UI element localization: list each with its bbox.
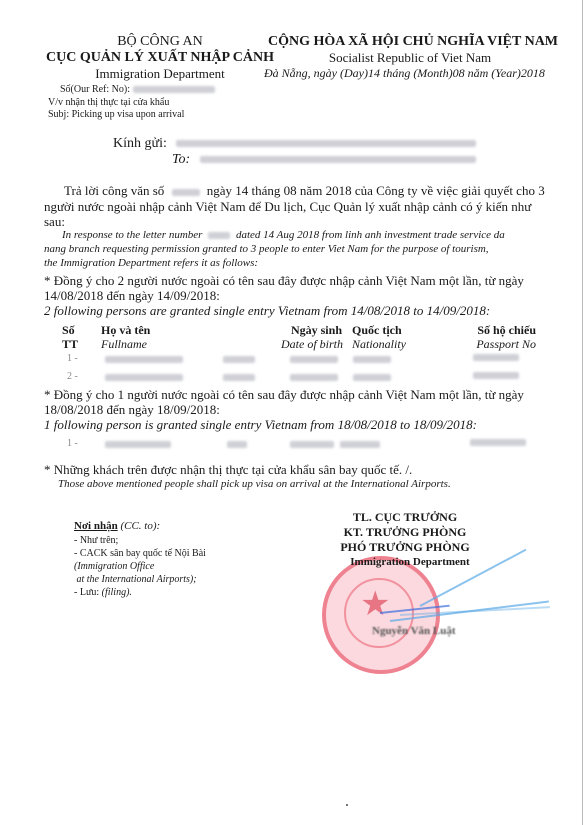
pickup-vi: * Những khách trên được nhận thị thực tạ…	[44, 462, 412, 478]
group2-vi-line-1: * Đồng ý cho 1 người nước ngoài có tên s…	[44, 387, 524, 403]
group1-en: 2 following persons are granted single e…	[44, 303, 490, 319]
row-number: 1 -	[67, 438, 78, 449]
group1-vi-line-1: * Đồng ý cho 2 người nước ngoài có tên s…	[44, 273, 524, 289]
redacted-recipient	[176, 140, 476, 147]
department-name: CỤC QUẢN LÝ XUẤT NHẬP CẢNH	[40, 50, 280, 66]
signature-department: Immigration Department	[330, 556, 490, 568]
redacted-gender	[223, 374, 255, 381]
scan-speck	[346, 804, 348, 806]
table-row: 2 -	[67, 371, 78, 382]
redacted-letter-number-en	[208, 232, 230, 239]
place-date: Đà Nẵng, ngày (Day)14 tháng (Month)08 nă…	[264, 66, 545, 81]
text: Số	[62, 323, 78, 337]
subject-vi: V/v nhận thị thực tại cửa khẩu	[48, 97, 169, 108]
text: ngày 14 tháng 08 năm 2018 của Công ty về…	[207, 183, 545, 198]
redacted-dob	[290, 374, 338, 381]
cc-line-5: - Lưu: (filing).	[74, 587, 132, 598]
signer-name: Nguyễn Văn Luật	[372, 625, 456, 637]
col-header-nationality: Quốc tịch Nationality	[352, 323, 406, 351]
group2-vi-line-2: 18/08/2018 đến ngày 18/09/2018:	[44, 402, 220, 418]
redacted-dob	[290, 441, 334, 448]
redacted-fullname	[105, 441, 171, 448]
recipient-label: Kính gửi:	[113, 136, 167, 151]
redacted-nationality	[353, 356, 391, 363]
pickup-en: Those above mentioned people shall pick …	[58, 478, 451, 490]
text: (filing).	[102, 587, 132, 598]
cc-line-3: (Immigration Office	[74, 561, 154, 572]
redacted-recipient-en	[200, 156, 476, 163]
intro-vi-line-2: người nước ngoài nhập cảnh Việt Nam để D…	[44, 199, 531, 215]
redacted-passport	[473, 372, 519, 379]
text: Fullname	[101, 337, 150, 351]
text: Passport No	[470, 337, 536, 351]
group1-vi-line-2: 14/08/2018 đến ngày 14/09/2018:	[44, 288, 220, 304]
reference-number: Số(Our Ref: No):	[60, 84, 215, 95]
cc-line-1: - Như trên;	[74, 535, 118, 546]
text: TT	[62, 337, 78, 351]
recipient-en-line: To:	[172, 152, 476, 168]
ministry-name: BỘ CÔNG AN	[60, 34, 260, 50]
cc-line-2: - CACK sân bay quốc tế Nội Bài	[74, 548, 206, 559]
text: (CC. to):	[120, 520, 160, 532]
department-name-en: Immigration Department	[60, 66, 260, 82]
group2-en: 1 following person is granted single ent…	[44, 417, 477, 433]
table-row: 1 -	[67, 438, 78, 449]
redacted-fullname	[105, 356, 183, 363]
redacted-gender	[223, 356, 255, 363]
intro-vi-line-1: Trả lời công văn số ngày 14 tháng 08 năm…	[64, 183, 545, 199]
intro-vi-line-3: sau:	[44, 214, 65, 230]
redacted-passport	[470, 439, 526, 446]
redacted-passport	[473, 354, 519, 361]
col-header-dob-en: Date of birth	[281, 337, 343, 351]
redacted-nationality	[340, 441, 380, 448]
visa-approval-letter: BỘ CÔNG AN CỤC QUẢN LÝ XUẤT NHẬP CẢNH Im…	[0, 0, 584, 825]
country-name-en: Socialist Republic of Viet Nam	[300, 50, 520, 66]
redacted-letter-number	[172, 189, 200, 196]
intro-en-line-2: nang branch requesting permission grante…	[44, 243, 489, 255]
page-edge	[582, 0, 583, 825]
text: Nationality	[352, 337, 406, 351]
table-row: 1 -	[67, 353, 78, 364]
col-header-fullname: Họ và tên Fullname	[101, 323, 150, 351]
redacted-dob	[290, 356, 338, 363]
cc-line-4: at the International Airports);	[74, 574, 197, 585]
row-number: 1 -	[67, 353, 78, 364]
redacted-fullname	[105, 374, 183, 381]
col-header-no: Số TT	[62, 323, 78, 351]
signature-title-2: KT. TRƯỞNG PHÒNG	[330, 525, 480, 540]
redacted-reference	[133, 86, 215, 93]
text: Số hộ chiếu	[470, 323, 536, 337]
cc-title: Nơi nhận (CC. to):	[74, 520, 160, 532]
reference-label: Số(Our Ref: No):	[60, 84, 130, 95]
signature-title-3: PHÓ TRƯỞNG PHÒNG	[330, 540, 480, 555]
country-name: CỘNG HÒA XÃ HỘI CHỦ NGHĨA VIỆT NAM	[268, 34, 558, 50]
text: In response to the letter number	[62, 229, 202, 241]
text: - Lưu:	[74, 587, 102, 598]
intro-en-line-3: the Immigration Department refers it as …	[44, 257, 258, 269]
text: Ngày sinh	[282, 323, 342, 337]
row-number: 2 -	[67, 371, 78, 382]
text: dated 14 Aug 2018 from linh anh investme…	[236, 229, 505, 241]
recipient-line: Kính gửi:	[113, 136, 476, 152]
col-header-passport: Số hộ chiếu Passport No	[470, 323, 536, 351]
redacted-nationality	[353, 374, 391, 381]
subject-en: Subj: Picking up visa upon arrival	[48, 109, 184, 120]
text: Trả lời công văn số	[64, 183, 164, 198]
text: Họ và tên	[101, 323, 150, 337]
signature-title-1: TL. CỤC TRƯỞNG	[330, 510, 480, 525]
recipient-label-en: To:	[172, 152, 190, 167]
seal-star-icon: ★	[360, 588, 390, 622]
redacted-gender	[227, 441, 247, 448]
col-header-dob: Ngày sinh	[282, 323, 342, 337]
text: Quốc tịch	[352, 323, 406, 337]
text: Nơi nhận	[74, 520, 118, 532]
intro-en-line-1: In response to the letter number dated 1…	[62, 229, 505, 241]
